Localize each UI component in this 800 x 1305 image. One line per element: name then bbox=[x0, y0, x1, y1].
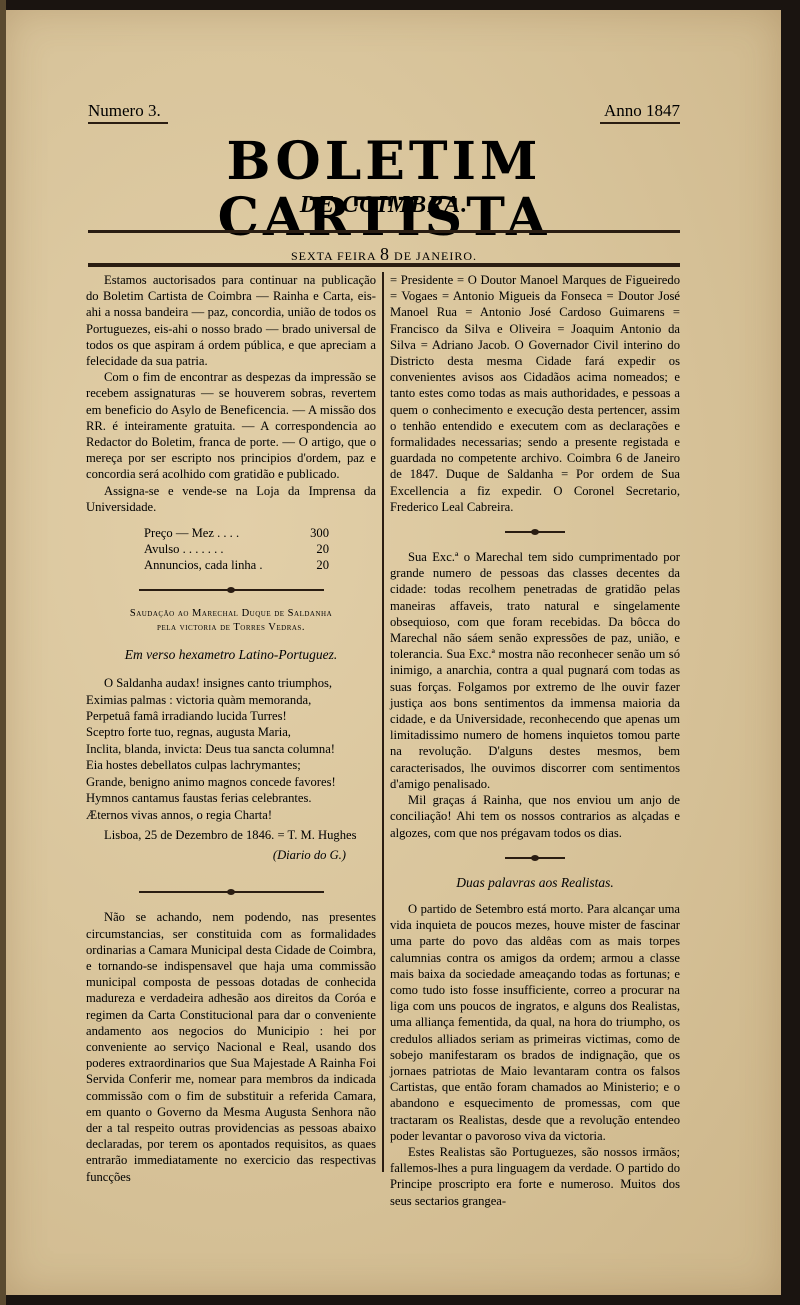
issue-year: Anno 1847 bbox=[604, 101, 680, 121]
poem-line: Æternos vivas annos, o regia Charta! bbox=[86, 807, 376, 823]
masthead-top-line: Numero 3. Anno 1847 bbox=[88, 95, 680, 121]
price-row: Preço — Mez . . . . 300 bbox=[144, 525, 329, 541]
camara-continuation: = Presidente = O Doutor Manoel Marques d… bbox=[390, 272, 680, 515]
issue-number: Numero 3. bbox=[88, 101, 161, 121]
newspaper-subtitle: DE COIMBRA. bbox=[88, 192, 680, 219]
rainha-paragraph: Mil graças á Rainha, que nos enviou um a… bbox=[390, 792, 680, 841]
left-column: Estamos auctorisados para continuar na p… bbox=[86, 272, 376, 1185]
dateline: SEXTA FEIRA 8 DE JANEIRO. bbox=[88, 244, 680, 265]
ornament-divider bbox=[505, 855, 565, 861]
poem: O Saldanha audax! insignes canto triumph… bbox=[86, 675, 376, 823]
right-column: = Presidente = O Doutor Manoel Marques d… bbox=[390, 272, 680, 1209]
poem-line: Hymnos cantamus faustas ferias celebrant… bbox=[86, 790, 376, 806]
date-weekday: SEXTA FEIRA bbox=[291, 249, 376, 263]
price-table: Preço — Mez . . . . 300 Avulso . . . . .… bbox=[144, 525, 376, 573]
price-row: Avulso . . . . . . . 20 bbox=[144, 541, 329, 557]
masthead-rule bbox=[88, 230, 680, 233]
realistas-paragraph: O partido de Setembro está morto. Para a… bbox=[390, 901, 680, 1144]
rule-left bbox=[88, 122, 168, 124]
poem-line: Sceptro forte tuo, regnas, augusta Maria… bbox=[86, 724, 376, 740]
realistas-heading: Duas palavras aos Realistas. bbox=[390, 875, 680, 891]
poem-line: Inclita, blanda, invicta: Deus tua sanct… bbox=[86, 741, 376, 757]
poem-line: O Saldanha audax! insignes canto triumph… bbox=[86, 675, 376, 691]
poem-heading: Saudação ao Marechal Duque de Saldanha p… bbox=[86, 607, 376, 635]
marechal-paragraph: Sua Exc.ª o Marechal tem sido cumpriment… bbox=[390, 549, 680, 792]
rule-right bbox=[600, 122, 680, 124]
poem-signature: Lisboa, 25 de Dezembro de 1846. = T. M. … bbox=[86, 827, 376, 843]
expenses-paragraph: Com o fim de encontrar as despezas da im… bbox=[86, 369, 376, 482]
poem-line: Eximias palmas : victoria quàm memoranda… bbox=[86, 692, 376, 708]
price-row: Annuncios, cada linha . 20 bbox=[144, 557, 329, 573]
camara-paragraph: Não se achando, nem podendo, nas present… bbox=[86, 909, 376, 1184]
poem-source: (Diario do G.) bbox=[86, 847, 376, 863]
ornament-divider bbox=[139, 587, 324, 593]
poem-line: Grande, benigno animo magnos concede fav… bbox=[86, 774, 376, 790]
dateline-rule bbox=[88, 263, 680, 267]
date-month: DE JANEIRO. bbox=[394, 249, 477, 263]
date-day: 8 bbox=[380, 244, 390, 264]
ornament-divider bbox=[505, 529, 565, 535]
poem-line: Eia hostes debellatos culpas lachrymante… bbox=[86, 757, 376, 773]
sales-paragraph: Assigna-se e vende-se na Loja da Imprens… bbox=[86, 483, 376, 515]
intro-paragraph: Estamos auctorisados para continuar na p… bbox=[86, 272, 376, 369]
column-divider bbox=[382, 272, 384, 1172]
estes-paragraph: Estes Realistas são Portuguezes, são nos… bbox=[390, 1144, 680, 1209]
poem-subheading: Em verso hexametro Latino-Portuguez. bbox=[86, 647, 376, 663]
ornament-divider bbox=[139, 889, 324, 895]
poem-line: Perpetuâ famâ irradiando lucida Turres! bbox=[86, 708, 376, 724]
